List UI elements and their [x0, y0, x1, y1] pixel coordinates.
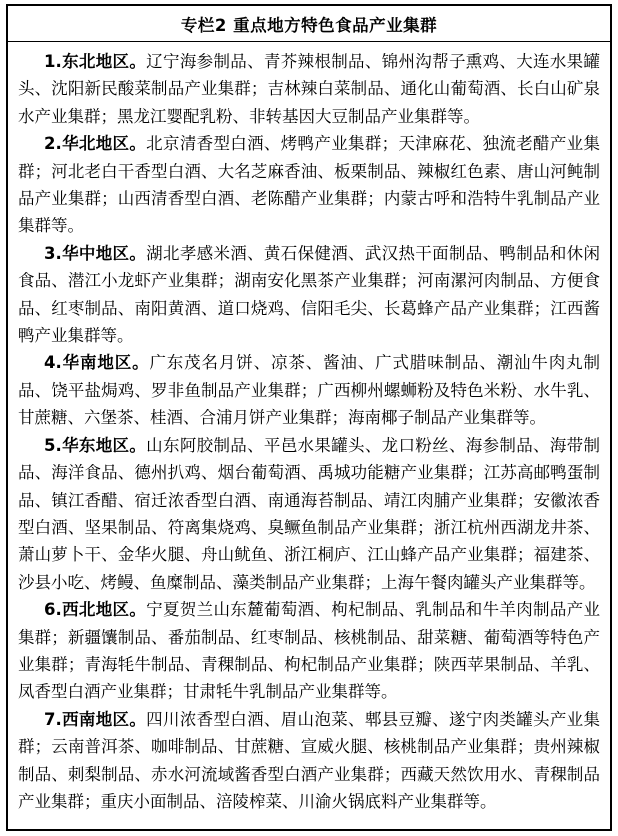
panel-title: 专栏2 重点地方特色食品产业集群	[8, 6, 610, 42]
region-label: 1.东北地区。	[44, 52, 146, 71]
region-label: 2.华北地区。	[44, 134, 146, 153]
feature-box: 专栏2 重点地方特色食品产业集群 1.东北地区。辽宁海参制品、青芥辣根制品、锦州…	[6, 4, 612, 831]
region-paragraph-southwest: 7.西南地区。四川浓香型白酒、眉山泡菜、郫县豆瓣、遂宁肉类罐头产业集群；云南普洱…	[18, 706, 600, 816]
region-paragraph-northwest: 6.西北地区。宁夏贺兰山东麓葡萄酒、枸杞制品、乳制品和牛羊肉制品产业集群；新疆馕…	[18, 596, 600, 706]
region-label: 6.西北地区。	[44, 600, 146, 619]
document-page: 专栏2 重点地方特色食品产业集群 1.东北地区。辽宁海参制品、青芥辣根制品、锦州…	[0, 0, 618, 836]
region-paragraph-central: 3.华中地区。湖北孝感米酒、黄石保健酒、武汉热干面制品、鸭制品和休闲食品、潜江小…	[18, 240, 600, 350]
region-label: 7.西南地区。	[44, 710, 146, 729]
region-paragraph-south: 4.华南地区。广东茂名月饼、凉茶、酱油、广式腊味制品、潮汕牛肉丸制品、饶平盐焗鸡…	[18, 349, 600, 431]
region-label: 3.华中地区。	[44, 244, 146, 263]
region-paragraph-east: 5.华东地区。山东阿胶制品、平邑水果罐头、龙口粉丝、海参制品、海带制品、海洋食品…	[18, 432, 600, 596]
region-paragraph-north: 2.华北地区。北京清香型白酒、烤鸭产业集群；天津麻花、独流老醋产业集群；河北老白…	[18, 130, 600, 240]
region-label: 4.华南地区。	[44, 353, 149, 372]
region-label: 5.华东地区。	[44, 436, 146, 455]
region-text: 山东阿胶制品、平邑水果罐头、龙口粉丝、海参制品、海带制品、海洋食品、德州扒鸡、烟…	[18, 436, 600, 592]
region-paragraph-northeast: 1.东北地区。辽宁海参制品、青芥辣根制品、锦州沟帮子熏鸡、大连水果罐头、沈阳新民…	[18, 48, 600, 130]
panel-body: 1.东北地区。辽宁海参制品、青芥辣根制品、锦州沟帮子熏鸡、大连水果罐头、沈阳新民…	[8, 42, 610, 829]
